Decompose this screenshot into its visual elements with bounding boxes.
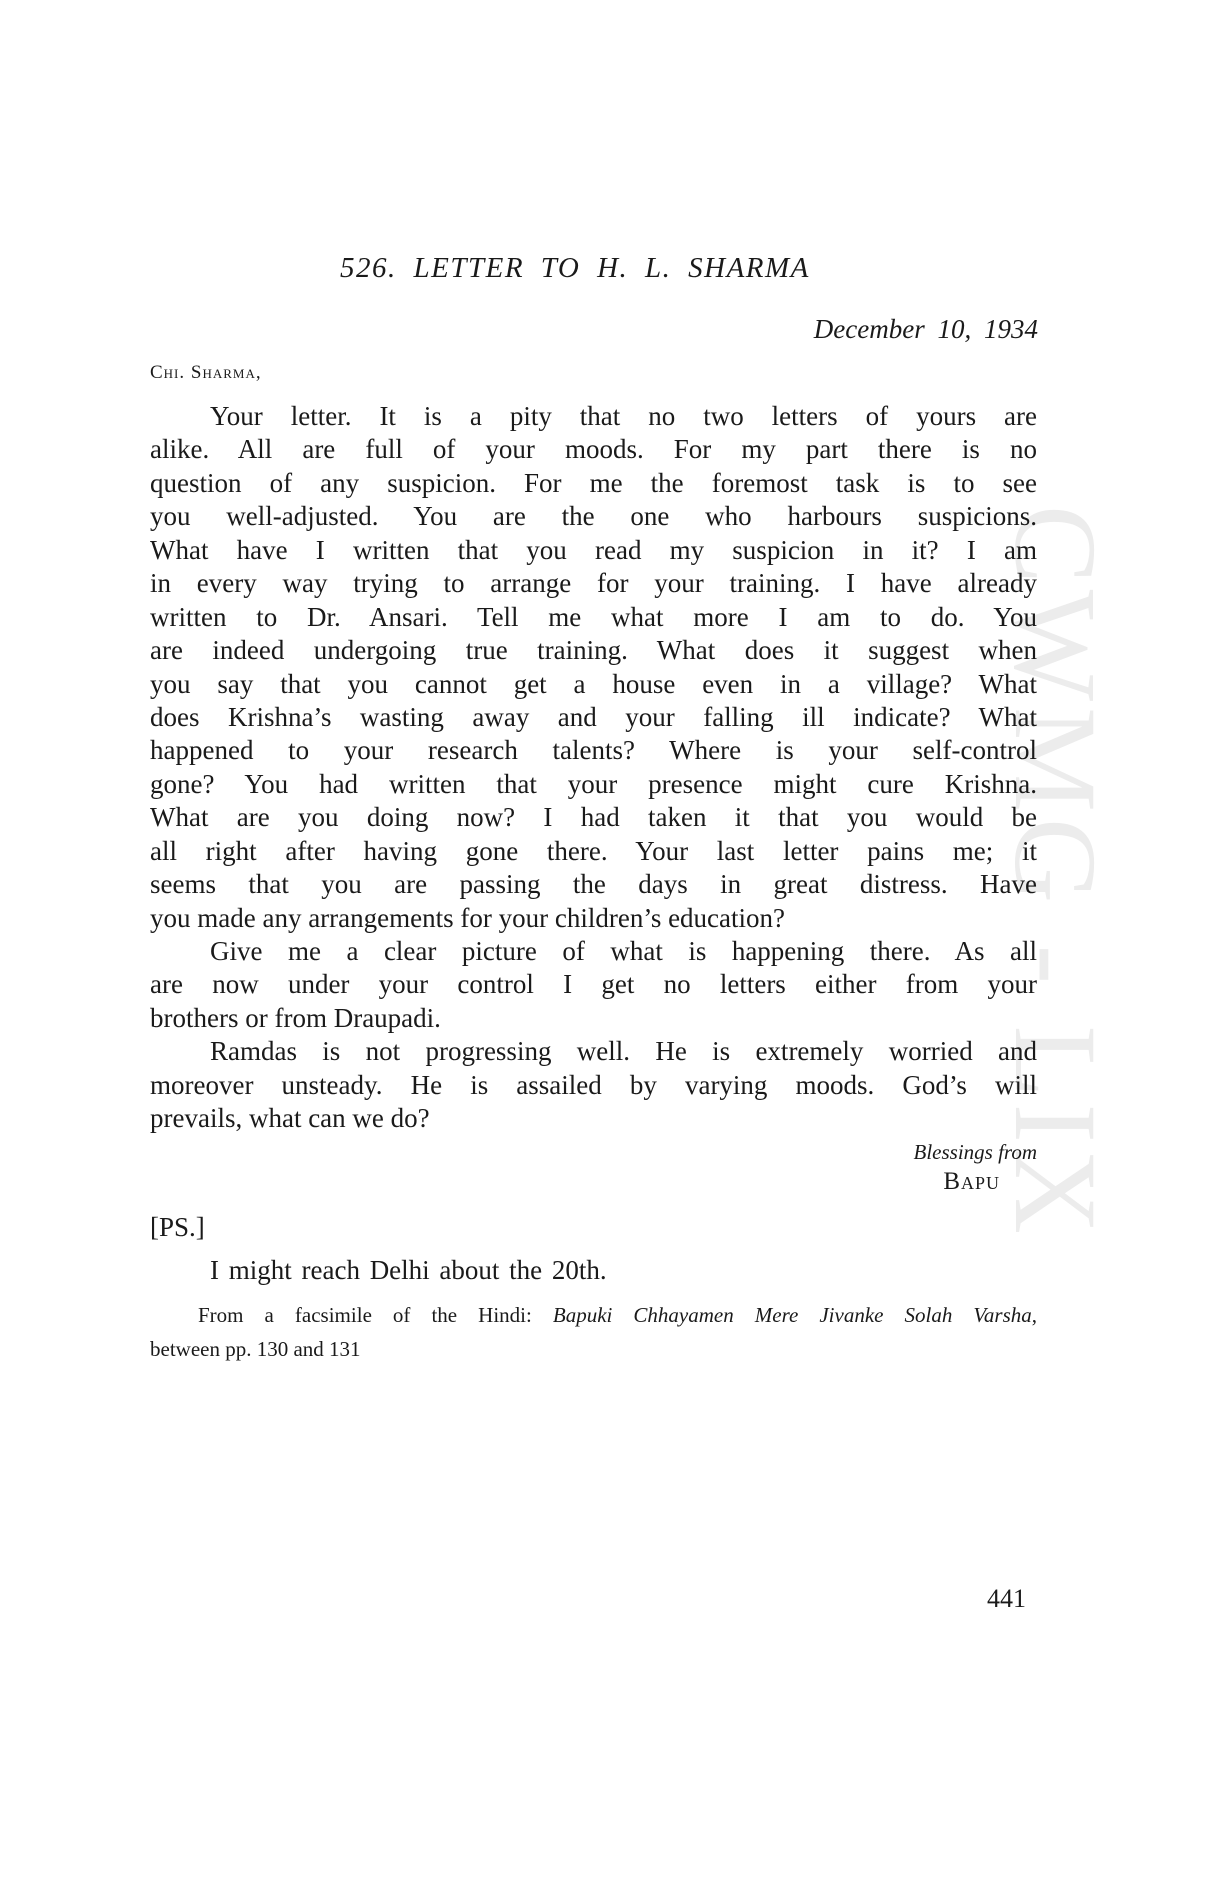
body-line: does Krishna’s wasting away and your fal… <box>150 701 1037 734</box>
letter-date: December 10, 1934 <box>814 314 1038 345</box>
source-line-1: From a facsimile of the Hindi: Bapuki Ch… <box>150 1298 1037 1332</box>
signature: Bapu <box>943 1168 1000 1196</box>
body-line: What are you doing now? I had taken it t… <box>150 801 1037 834</box>
source-note: From a facsimile of the Hindi: Bapuki Ch… <box>150 1298 1037 1366</box>
letter-title: 526. LETTER TO H. L. SHARMA <box>0 252 1229 285</box>
body-line: are now under your control I get no lett… <box>150 968 1037 1001</box>
body-line: alike. All are full of your moods. For m… <box>150 433 1037 466</box>
source-line-2: between pp. 130 and 131 <box>150 1332 1037 1366</box>
body-line: written to Dr. Ansari. Tell me what more… <box>150 601 1037 634</box>
body-line: you say that you cannot get a house even… <box>150 668 1037 701</box>
postscript-text: I might reach Delhi about the 20th. <box>210 1255 607 1286</box>
body-line: question of any suspicion. For me the fo… <box>150 467 1037 500</box>
body-line: seems that you are passing the days in g… <box>150 868 1037 901</box>
body-line: all right after having gone there. Your … <box>150 835 1037 868</box>
body-line: What have I written that you read my sus… <box>150 534 1037 567</box>
salutation: Chi. Sharma, <box>150 362 262 384</box>
body-line: Give me a clear picture of what is happe… <box>150 935 1037 968</box>
body-line: in every way trying to arrange for your … <box>150 567 1037 600</box>
closing: Blessings from <box>914 1140 1037 1165</box>
page-number: 441 <box>987 1584 1026 1614</box>
body-line: you well-adjusted. You are the one who h… <box>150 500 1037 533</box>
source-suffix: , <box>1032 1303 1037 1327</box>
body-line: Ramdas is not progressing well. He is ex… <box>150 1035 1037 1068</box>
body-line: happened to your research talents? Where… <box>150 734 1037 767</box>
body-line: Your letter. It is a pity that no two le… <box>150 400 1037 433</box>
body-line: you made any arrangements for your child… <box>150 902 1037 935</box>
postscript-label: [PS.] <box>150 1212 205 1243</box>
body-line: brothers or from Draupadi. <box>150 1002 1037 1035</box>
letter-body: Your letter. It is a pity that no two le… <box>150 400 1037 1136</box>
source-prefix: From a facsimile of the Hindi: <box>198 1303 553 1327</box>
body-line: gone? You had written that your presence… <box>150 768 1037 801</box>
body-line: prevails, what can we do? <box>150 1102 1037 1135</box>
body-line: moreover unsteady. He is assailed by var… <box>150 1069 1037 1102</box>
source-book-title: Bapuki Chhayamen Mere Jivanke Solah Vars… <box>553 1303 1032 1327</box>
body-line: are indeed undergoing true training. Wha… <box>150 634 1037 667</box>
